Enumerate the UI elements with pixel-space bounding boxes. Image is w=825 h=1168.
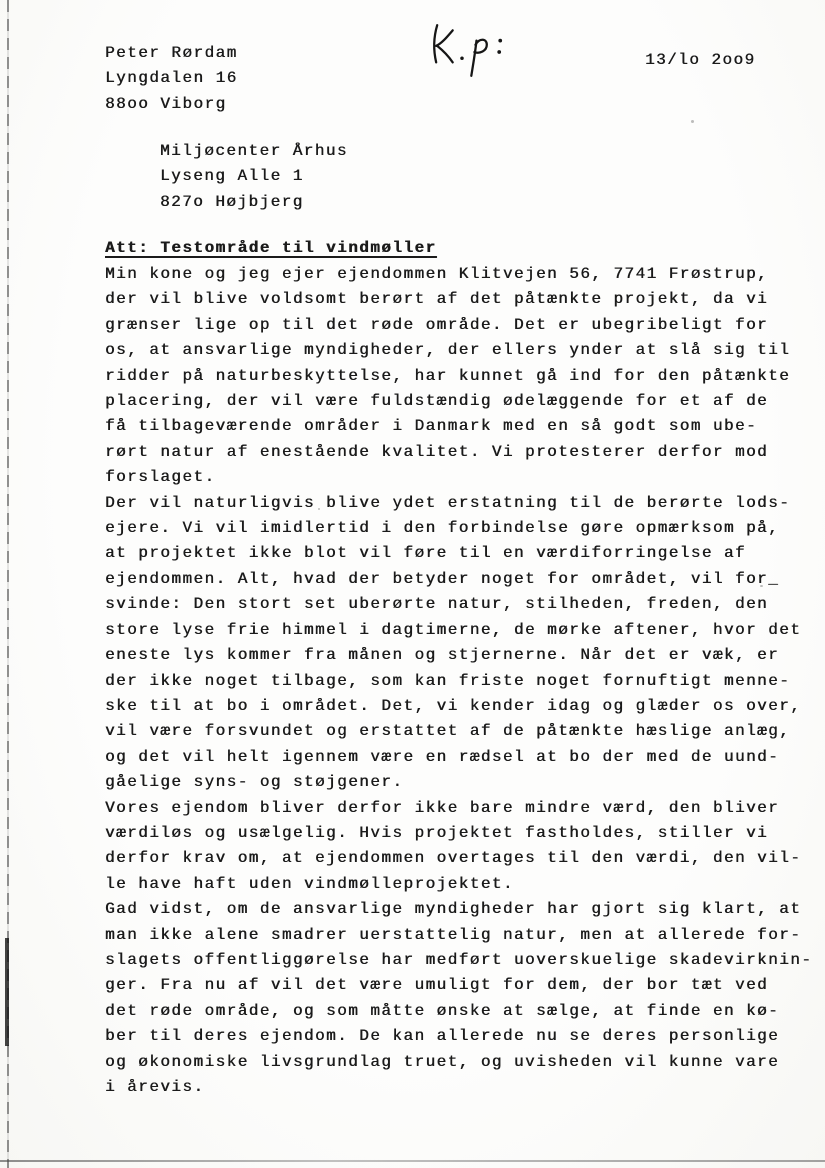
body-line: værdiløs og usælgelig. Hvis projektet fa… bbox=[105, 821, 817, 846]
body-line: rørt natur af enestående kvalitet. Vi pr… bbox=[105, 440, 817, 465]
recipient-block: Miljøcenter ÅrhusLyseng Alle 1827o Højbj… bbox=[160, 139, 348, 215]
body-line: Min kone og jeg ejer ejendommen Klitveje… bbox=[105, 262, 817, 287]
sender-line: Lyngdalen 16 bbox=[105, 66, 238, 91]
body-line: store lyse frie himmel i dagtimerne, de … bbox=[105, 618, 817, 643]
body-line: forslaget. bbox=[105, 465, 817, 490]
subject-line: Att: Testområde til vindmøller bbox=[105, 236, 437, 261]
body-line: i årevis. bbox=[105, 1075, 817, 1100]
body-line: grænser lige op til det røde område. Det… bbox=[105, 313, 817, 338]
body-line: ejere. Vi vil imidlertid i den forbindel… bbox=[105, 516, 817, 541]
kp-dot bbox=[460, 56, 464, 60]
body-line: Gad vidst, om de ansvarlige myndigheder … bbox=[105, 897, 817, 922]
kp-colon-bottom bbox=[497, 50, 501, 54]
body-line: det røde område, og som måtte ønske at s… bbox=[105, 999, 817, 1024]
body-line: og økonomiske livsgrundlag truet, og uvi… bbox=[105, 1050, 817, 1075]
body-line: Der vil naturligvis blive ydet erstatnin… bbox=[105, 491, 817, 516]
letter-page: 13/lo 2oo9 Peter RørdamLyngdalen 1688oo … bbox=[0, 0, 825, 1168]
body-line: gåelige syns- og støjgener. bbox=[105, 770, 817, 795]
body-line: eneste lys kommer fra månen og stjernern… bbox=[105, 643, 817, 668]
body-line: os, at ansvarlige myndigheder, der eller… bbox=[105, 338, 817, 363]
body-line: og det vil helt igennem være en rædsel a… bbox=[105, 745, 817, 770]
body-line: placering, der vil være fuldstændig ødel… bbox=[105, 389, 817, 414]
letter-date: 13/lo 2oo9 bbox=[645, 48, 756, 73]
sender-block: Peter RørdamLyngdalen 1688oo Viborg bbox=[105, 41, 238, 117]
body-line: Vores ejendom bliver derfor ikke bare mi… bbox=[105, 796, 817, 821]
recipient-line: 827o Højbjerg bbox=[160, 190, 348, 215]
body-line: ber til deres ejendom. De kan allerede n… bbox=[105, 1024, 817, 1049]
handwritten-kp-note bbox=[420, 20, 535, 82]
body-line: vil være forsvundet og erstattet af de p… bbox=[105, 719, 817, 744]
body-line: slagets offentliggørelse har medført uov… bbox=[105, 948, 817, 973]
body-line: at projektet ikke blot vil føre til en v… bbox=[105, 541, 817, 566]
body-line: derfor krav om, at ejendommen overtages … bbox=[105, 846, 817, 871]
body-line: man ikke alene smadrer uerstattelig natu… bbox=[105, 923, 817, 948]
body-line: få tilbageværende områder i Danmark med … bbox=[105, 414, 817, 439]
body-line: ske til at bo i området. Det, vi kender … bbox=[105, 694, 817, 719]
body-line: ger. Fra nu af vil det være umuligt for … bbox=[105, 973, 817, 998]
recipient-line: Miljøcenter Århus bbox=[160, 139, 348, 164]
sender-line: 88oo Viborg bbox=[105, 92, 238, 117]
scan-edge-left-dark-segment bbox=[5, 938, 9, 1046]
recipient-line: Lyseng Alle 1 bbox=[160, 164, 348, 189]
kp-colon-top bbox=[498, 39, 502, 43]
body-line: le have haft uden vindmølleprojektet. bbox=[105, 872, 817, 897]
sender-line: Peter Rørdam bbox=[105, 41, 238, 66]
body-line: ridder på naturbeskyttelse, har kunnet g… bbox=[105, 364, 817, 389]
scan-edge-bottom bbox=[0, 1160, 825, 1162]
body-line: ejendommen. Alt, hvad der betyder noget … bbox=[105, 567, 817, 592]
letter-body: Min kone og jeg ejer ejendommen Klitveje… bbox=[105, 262, 817, 1100]
body-line: der vil blive voldsomt berørt af det påt… bbox=[105, 287, 817, 312]
scan-speck bbox=[691, 120, 694, 123]
body-line: svinde: Den stort set uberørte natur, st… bbox=[105, 592, 817, 617]
body-line: der ikke noget tilbage, som kan friste n… bbox=[105, 669, 817, 694]
